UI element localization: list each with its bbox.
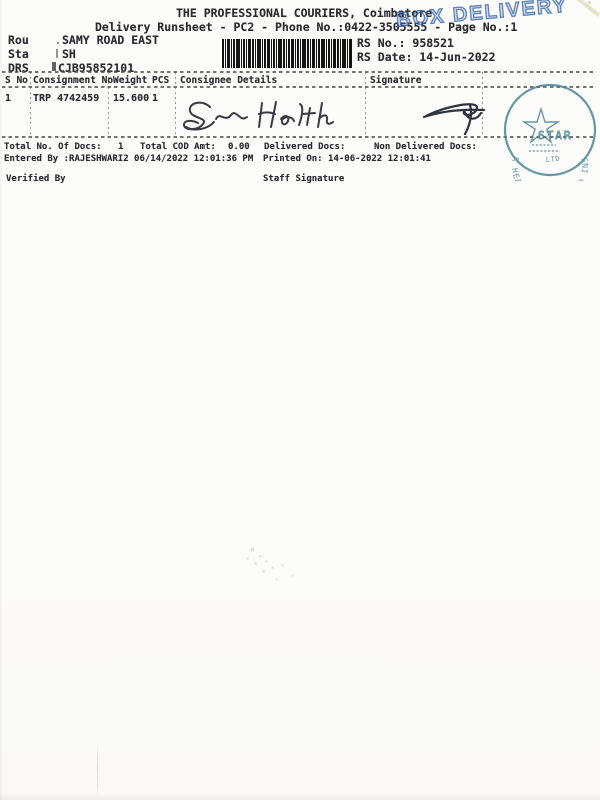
seal-bottom-text: LTD — [546, 154, 562, 164]
rs-no: RS No.: 958521 — [357, 36, 454, 50]
company-seal-stamp: R HEALTH AND ALLIED INS STAR LTD — [496, 81, 600, 181]
col-header-weight: Weight — [113, 75, 147, 86]
entered-by: Entered By :RAJESHWARI2 06/14/2022 12:01… — [4, 154, 253, 164]
rs-date-label: RS Date: — [357, 50, 412, 64]
seal-center-text: STAR — [538, 129, 573, 142]
delivered-docs-label: Delivered Docs: — [264, 142, 345, 152]
col-header-signature: Signature — [370, 75, 421, 86]
col-header-pcs: PCS — [152, 75, 169, 86]
scan-artifact-dot — [57, 42, 59, 44]
page-title: THE PROFESSIONAL COURIERS, Coimbatore — [176, 6, 432, 20]
rs-no-value: 958521 — [412, 36, 454, 50]
table-col-divider — [365, 72, 366, 136]
row-weight: 15.600 — [113, 93, 149, 104]
rs-date-value: 14-Jun-2022 — [419, 50, 495, 64]
table-col-divider — [175, 72, 176, 136]
staff-signature-label: Staff Signature — [263, 174, 344, 184]
table-top-rule — [2, 71, 594, 73]
verified-by-label: Verified By — [6, 174, 66, 184]
meta-label-route: Rou — [8, 33, 29, 47]
total-docs-value: 1 — [118, 142, 123, 152]
table-col-divider — [30, 72, 31, 136]
meta-value-staff: SH — [62, 47, 76, 61]
row-consignment-no: TRP 4742459 — [33, 93, 99, 104]
col-header-consignee: Consignee Details — [180, 75, 277, 86]
svg-text:LTD: LTD — [546, 154, 562, 164]
row-pcs: 1 — [152, 93, 158, 104]
scan-artifact-tick — [56, 49, 58, 58]
page-bottom-shadow — [0, 793, 600, 800]
barcode — [222, 39, 352, 68]
col-header-sno: S No — [5, 75, 28, 86]
col-header-consignment: Consignment No — [33, 75, 113, 86]
meta-label-drs: DRS — [8, 61, 29, 75]
consignee-handwriting: Star Health — [178, 97, 353, 133]
rs-date: RS Date: 14-Jun-2022 — [357, 50, 496, 64]
printed-on: Printed On: 14-06-2022 12:01:41 — [263, 154, 431, 164]
row-sno: 1 — [5, 93, 11, 104]
corner-fold-mark — [574, 0, 600, 17]
total-cod-value: 0.00 — [228, 142, 250, 152]
scan-artifact-halfchar — [52, 62, 56, 71]
total-cod-label: Total COD Amt: — [140, 142, 216, 152]
meta-label-staff: Sta — [8, 47, 29, 61]
rs-no-label: RS No.: — [357, 36, 405, 50]
page-left-edge — [0, 0, 2, 800]
paper-crease — [97, 744, 98, 794]
scanned-delivery-runsheet: THE PROFESSIONAL COURIERS, Coimbatore De… — [0, 0, 600, 800]
non-delivered-docs-label: Non Delivered Docs: — [374, 142, 477, 152]
meta-value-drs: CJB95852101 — [58, 61, 134, 75]
total-docs-label: Total No. Of Docs: — [4, 142, 102, 152]
scan-smudge — [252, 549, 253, 550]
meta-value-route: SAMY ROAD EAST — [62, 33, 159, 47]
corner-speck — [588, 1, 591, 4]
